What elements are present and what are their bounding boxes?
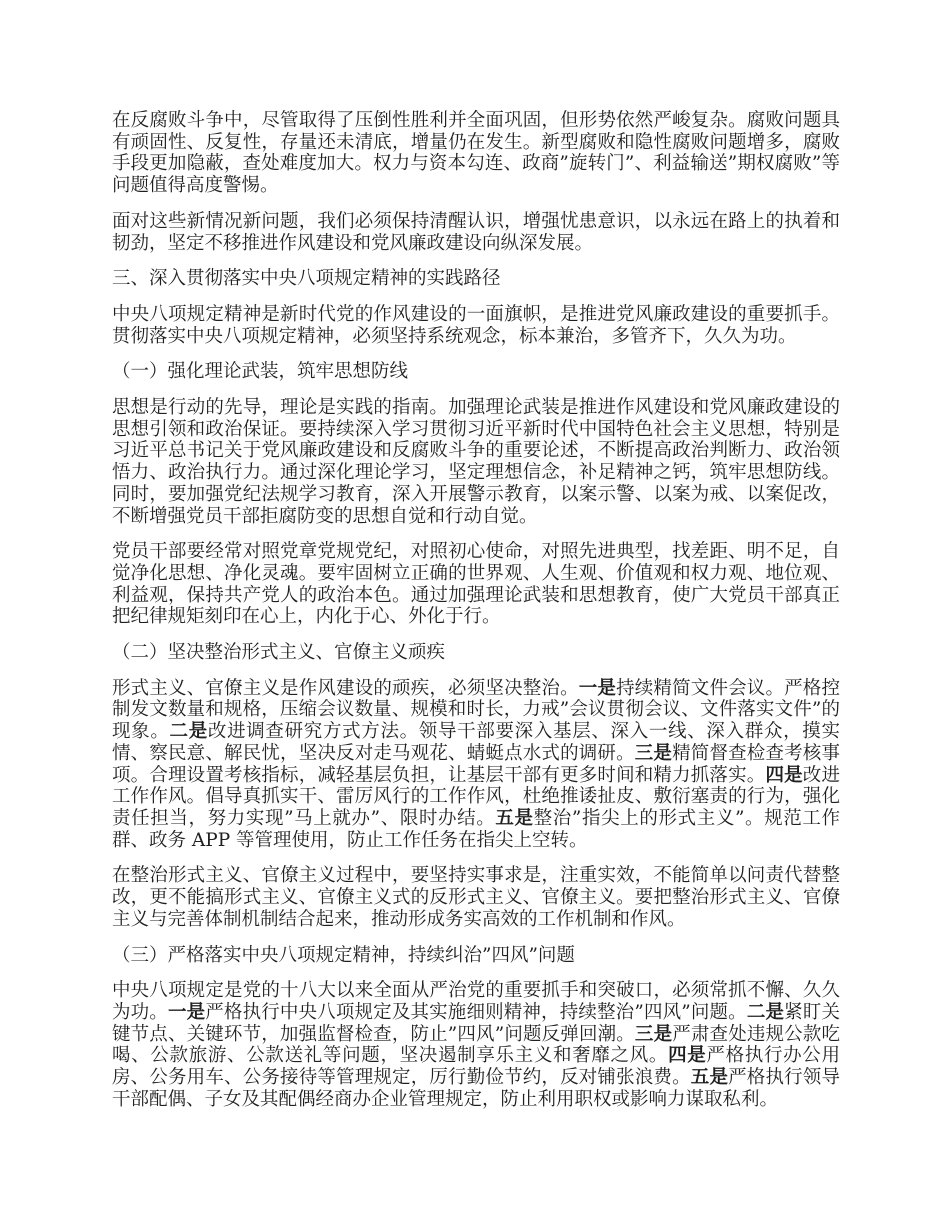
paragraph: 思想是行动的先导，理论是实践的指南。加强理论武装是推进作风建设和党风廉政建设的思… (112, 397, 840, 527)
text-segment: 在整治形式主义、官僚主义过程中，要坚持实事求是，注重实效，不能简单以问责代替整改… (112, 865, 840, 929)
bold-text-segment: 三是 (635, 743, 672, 764)
text-segment: （一）强化理论武装，筑牢思想防线 (112, 361, 408, 382)
document-page: 在反腐败斗争中，尽管取得了压倒性胜利并全面巩固，但形势依然严峻复杂。腐败问题具有… (0, 0, 950, 1230)
text-segment: 思想是行动的先导，理论是实践的指南。加强理论武装是推进作风建设和党风廉政建设的思… (112, 397, 840, 527)
paragraph: 中央八项规定精神是新时代党的作风建设的一面旗帜，是推进党风廉政建设的重要抓手。贯… (112, 304, 840, 347)
bold-text-segment: 三是 (635, 1024, 672, 1045)
bold-text-segment: 五是 (691, 1067, 728, 1088)
section-heading: （一）强化理论武装，筑牢思想防线 (112, 361, 840, 383)
paragraph: 在整治形式主义、官僚主义过程中，要坚持实事求是，注重实效，不能简单以问责代替整改… (112, 865, 840, 930)
text-segment: 中央八项规定精神是新时代党的作风建设的一面旗帜，是推进党风廉政建设的重要抓手。贯… (112, 304, 840, 347)
document-body: 在反腐败斗争中，尽管取得了压倒性胜利并全面巩固，但形势依然严峻复杂。腐败问题具有… (112, 110, 840, 1110)
section-heading: 三、深入贯彻落实中央八项规定精神的实践路径 (112, 268, 840, 290)
bold-text-segment: 四是 (765, 765, 802, 786)
bold-text-segment: 四是 (668, 1045, 706, 1066)
bold-text-segment: 二是 (170, 721, 208, 742)
text-segment: （二）坚决整治形式主义、官僚主义顽疾 (112, 642, 445, 663)
paragraph: 中央八项规定是党的十八大以来全面从严治党的重要抓手和突破口，必须常抓不懈、久久为… (112, 980, 840, 1110)
paragraph: 党员干部要经常对照党章党规党纪，对照初心使命，对照先进典型，找差距、明不足，自觉… (112, 541, 840, 628)
paragraph: 形式主义、官僚主义是作风建设的顽疾，必须坚决整治。一是持续精简文件会议。严格控制… (112, 678, 840, 852)
text-segment: 面对这些新情况新问题，我们必须保持清醒认识，增强忧患意识，以永远在路上的执着和韧… (112, 211, 840, 254)
bold-text-segment: 二是 (747, 1002, 784, 1023)
bold-text-segment: 五是 (495, 808, 533, 829)
text-segment: 形式主义、官僚主义是作风建设的顽疾，必须坚决整治。 (112, 678, 579, 699)
section-heading: （三）严格落实中央八项规定精神，持续纠治”四风”问题 (112, 945, 840, 967)
text-segment: 党员干部要经常对照党章党规党纪，对照初心使命，对照先进典型，找差距、明不足，自觉… (112, 541, 840, 627)
text-segment: 在反腐败斗争中，尽管取得了压倒性胜利并全面巩固，但形势依然严峻复杂。腐败问题具有… (112, 110, 840, 196)
text-segment: 三、深入贯彻落实中央八项规定精神的实践路径 (112, 268, 501, 289)
text-segment: （三）严格落实中央八项规定精神，持续纠治”四风”问题 (112, 945, 575, 966)
bold-text-segment: 一是 (579, 678, 616, 699)
paragraph: 在反腐败斗争中，尽管取得了压倒性胜利并全面巩固，但形势依然严峻复杂。腐败问题具有… (112, 110, 840, 197)
section-heading: （二）坚决整治形式主义、官僚主义顽疾 (112, 642, 840, 664)
text-segment: 严格执行中央八项规定及其实施细则精神，持续整治”四风”问题。 (205, 1002, 747, 1023)
bold-text-segment: 一是 (168, 1002, 205, 1023)
paragraph: 面对这些新情况新问题，我们必须保持清醒认识，增强忧患意识，以永远在路上的执着和韧… (112, 211, 840, 254)
